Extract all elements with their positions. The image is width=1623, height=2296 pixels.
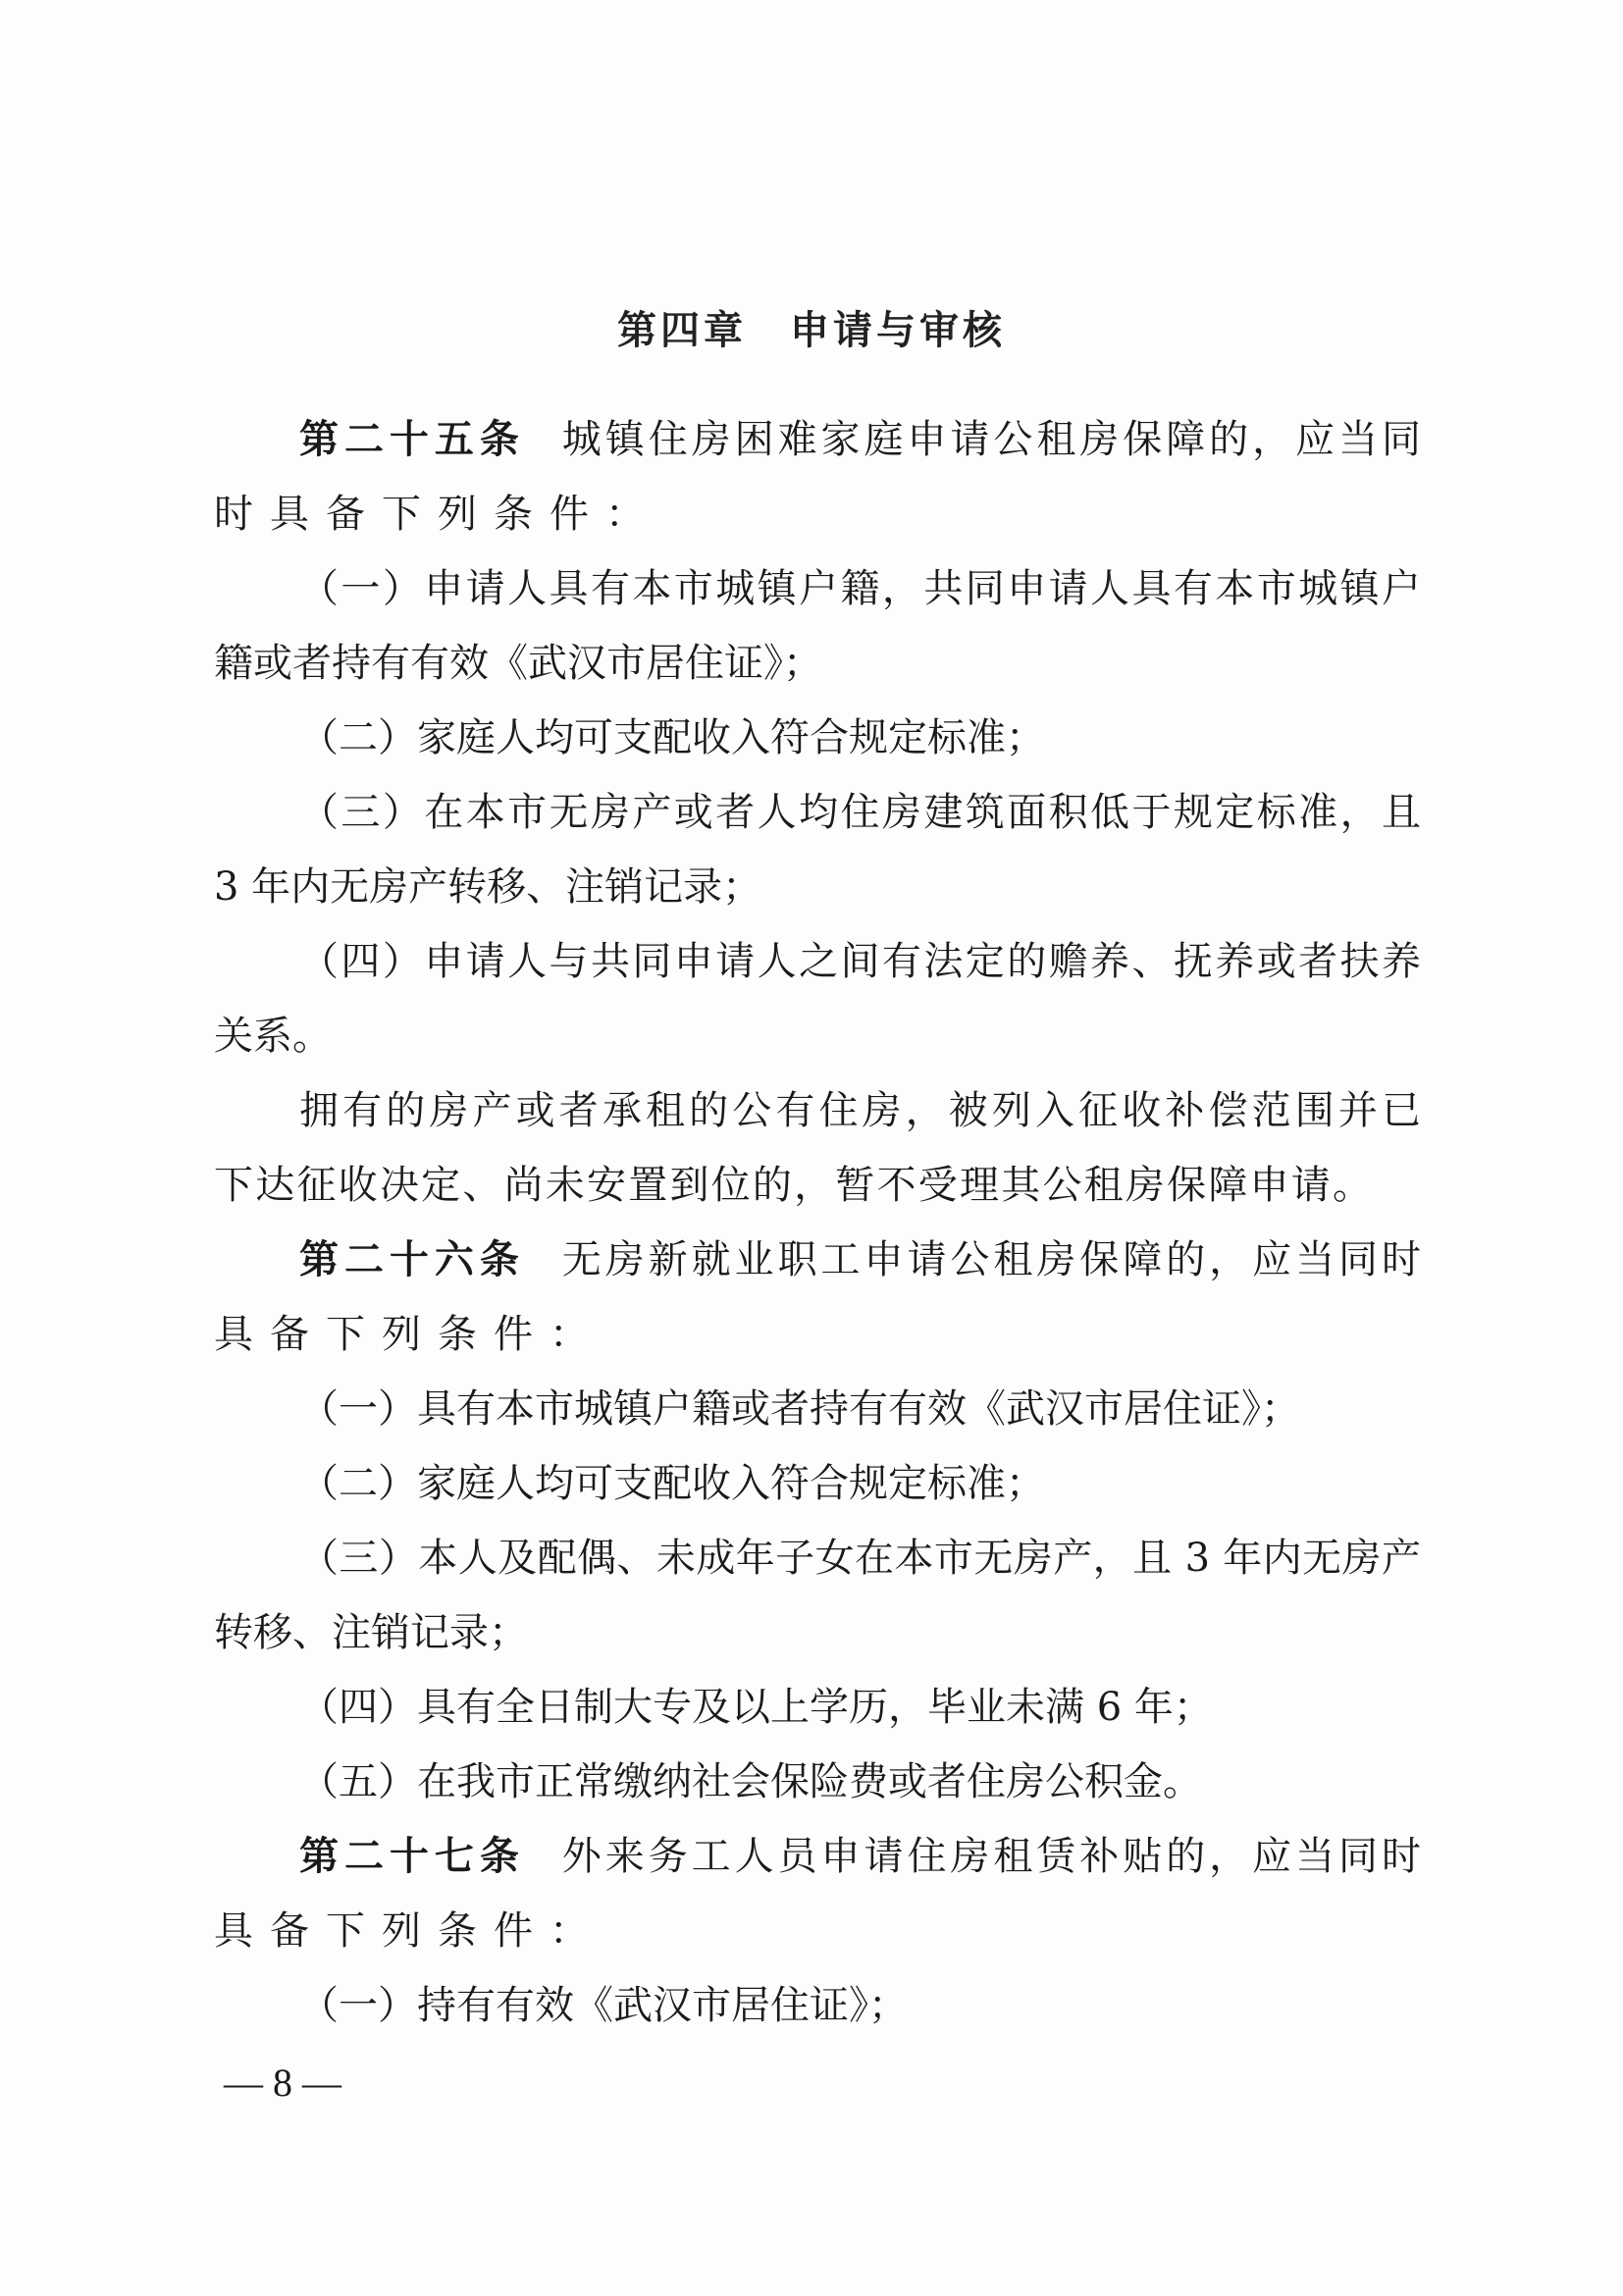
text-line: （一）持有有效《武汉市居住证》； (299, 1976, 1421, 2035)
text-line: （四）具有全日制大专及以上学历，毕业未满 6 年； (299, 1678, 1421, 1737)
text-line: （一）申请人具有本市城镇户籍，共同申请人具有本市城镇户 (299, 559, 1421, 618)
article-25-line-1: 第二十五条城镇住房困难家庭申请公租房保障的，应当同 (299, 410, 1421, 469)
article-number: 第二十五条 (299, 417, 525, 462)
article-number: 第二十六条 (299, 1237, 525, 1282)
text-line: （四）申请人与共同申请人之间有法定的赡养、抚养或者扶养 (299, 932, 1421, 991)
text-line: （三）在本市无房产或者人均住房建筑面积低于规定标准，且 (299, 783, 1421, 842)
text-line: 转移、注销记录； (214, 1603, 1421, 1662)
text-line: 关系。 (214, 1007, 1421, 1066)
text-line: 拥有的房产或者承租的公有住房，被列入征收补偿范围并已 (299, 1081, 1421, 1140)
text-line: （三）本人及配偶、未成年子女在本市无房产，且 3 年内无房产 (299, 1529, 1421, 1588)
text-line: 3 年内无房产转移、注销记录； (214, 858, 1421, 916)
chapter-title: 第四章 申请与审核 (0, 299, 1623, 355)
line-text: 外来务工人员申请住房租赁补贴的，应当同时 (562, 1834, 1421, 1879)
text-line: 时具备下列条件： (214, 485, 1421, 544)
text-line: 下达征收决定、尚未安置到位的，暂不受理其公租房保障申请。 (214, 1156, 1372, 1215)
text-line: 籍或者持有有效《武汉市居住证》； (214, 634, 1421, 693)
text-line: 具备下列条件： (214, 1305, 1421, 1364)
text-line: （二）家庭人均可支配收入符合规定标准； (299, 708, 1421, 767)
line-text: 无房新就业职工申请公租房保障的，应当同时 (562, 1237, 1421, 1282)
text-line: （一）具有本市城镇户籍或者持有有效《武汉市居住证》； (299, 1380, 1421, 1438)
page-number: — 8 — (224, 2054, 341, 2113)
text-line: （五）在我市正常缴纳社会保险费或者住房公积金。 (299, 1752, 1421, 1811)
article-26-line-1: 第二十六条无房新就业职工申请公租房保障的，应当同时 (299, 1230, 1421, 1289)
article-27-line-1: 第二十七条外来务工人员申请住房租赁补贴的，应当同时 (299, 1827, 1421, 1886)
text-line: 具备下列条件： (214, 1902, 1421, 1960)
line-text: 城镇住房困难家庭申请公租房保障的，应当同 (562, 417, 1421, 462)
document-page: 第四章 申请与审核 第二十五条城镇住房困难家庭申请公租房保障的，应当同 时具备下… (0, 0, 1623, 2296)
article-number: 第二十七条 (299, 1834, 525, 1879)
text-line: （二）家庭人均可支配收入符合规定标准； (299, 1454, 1421, 1513)
